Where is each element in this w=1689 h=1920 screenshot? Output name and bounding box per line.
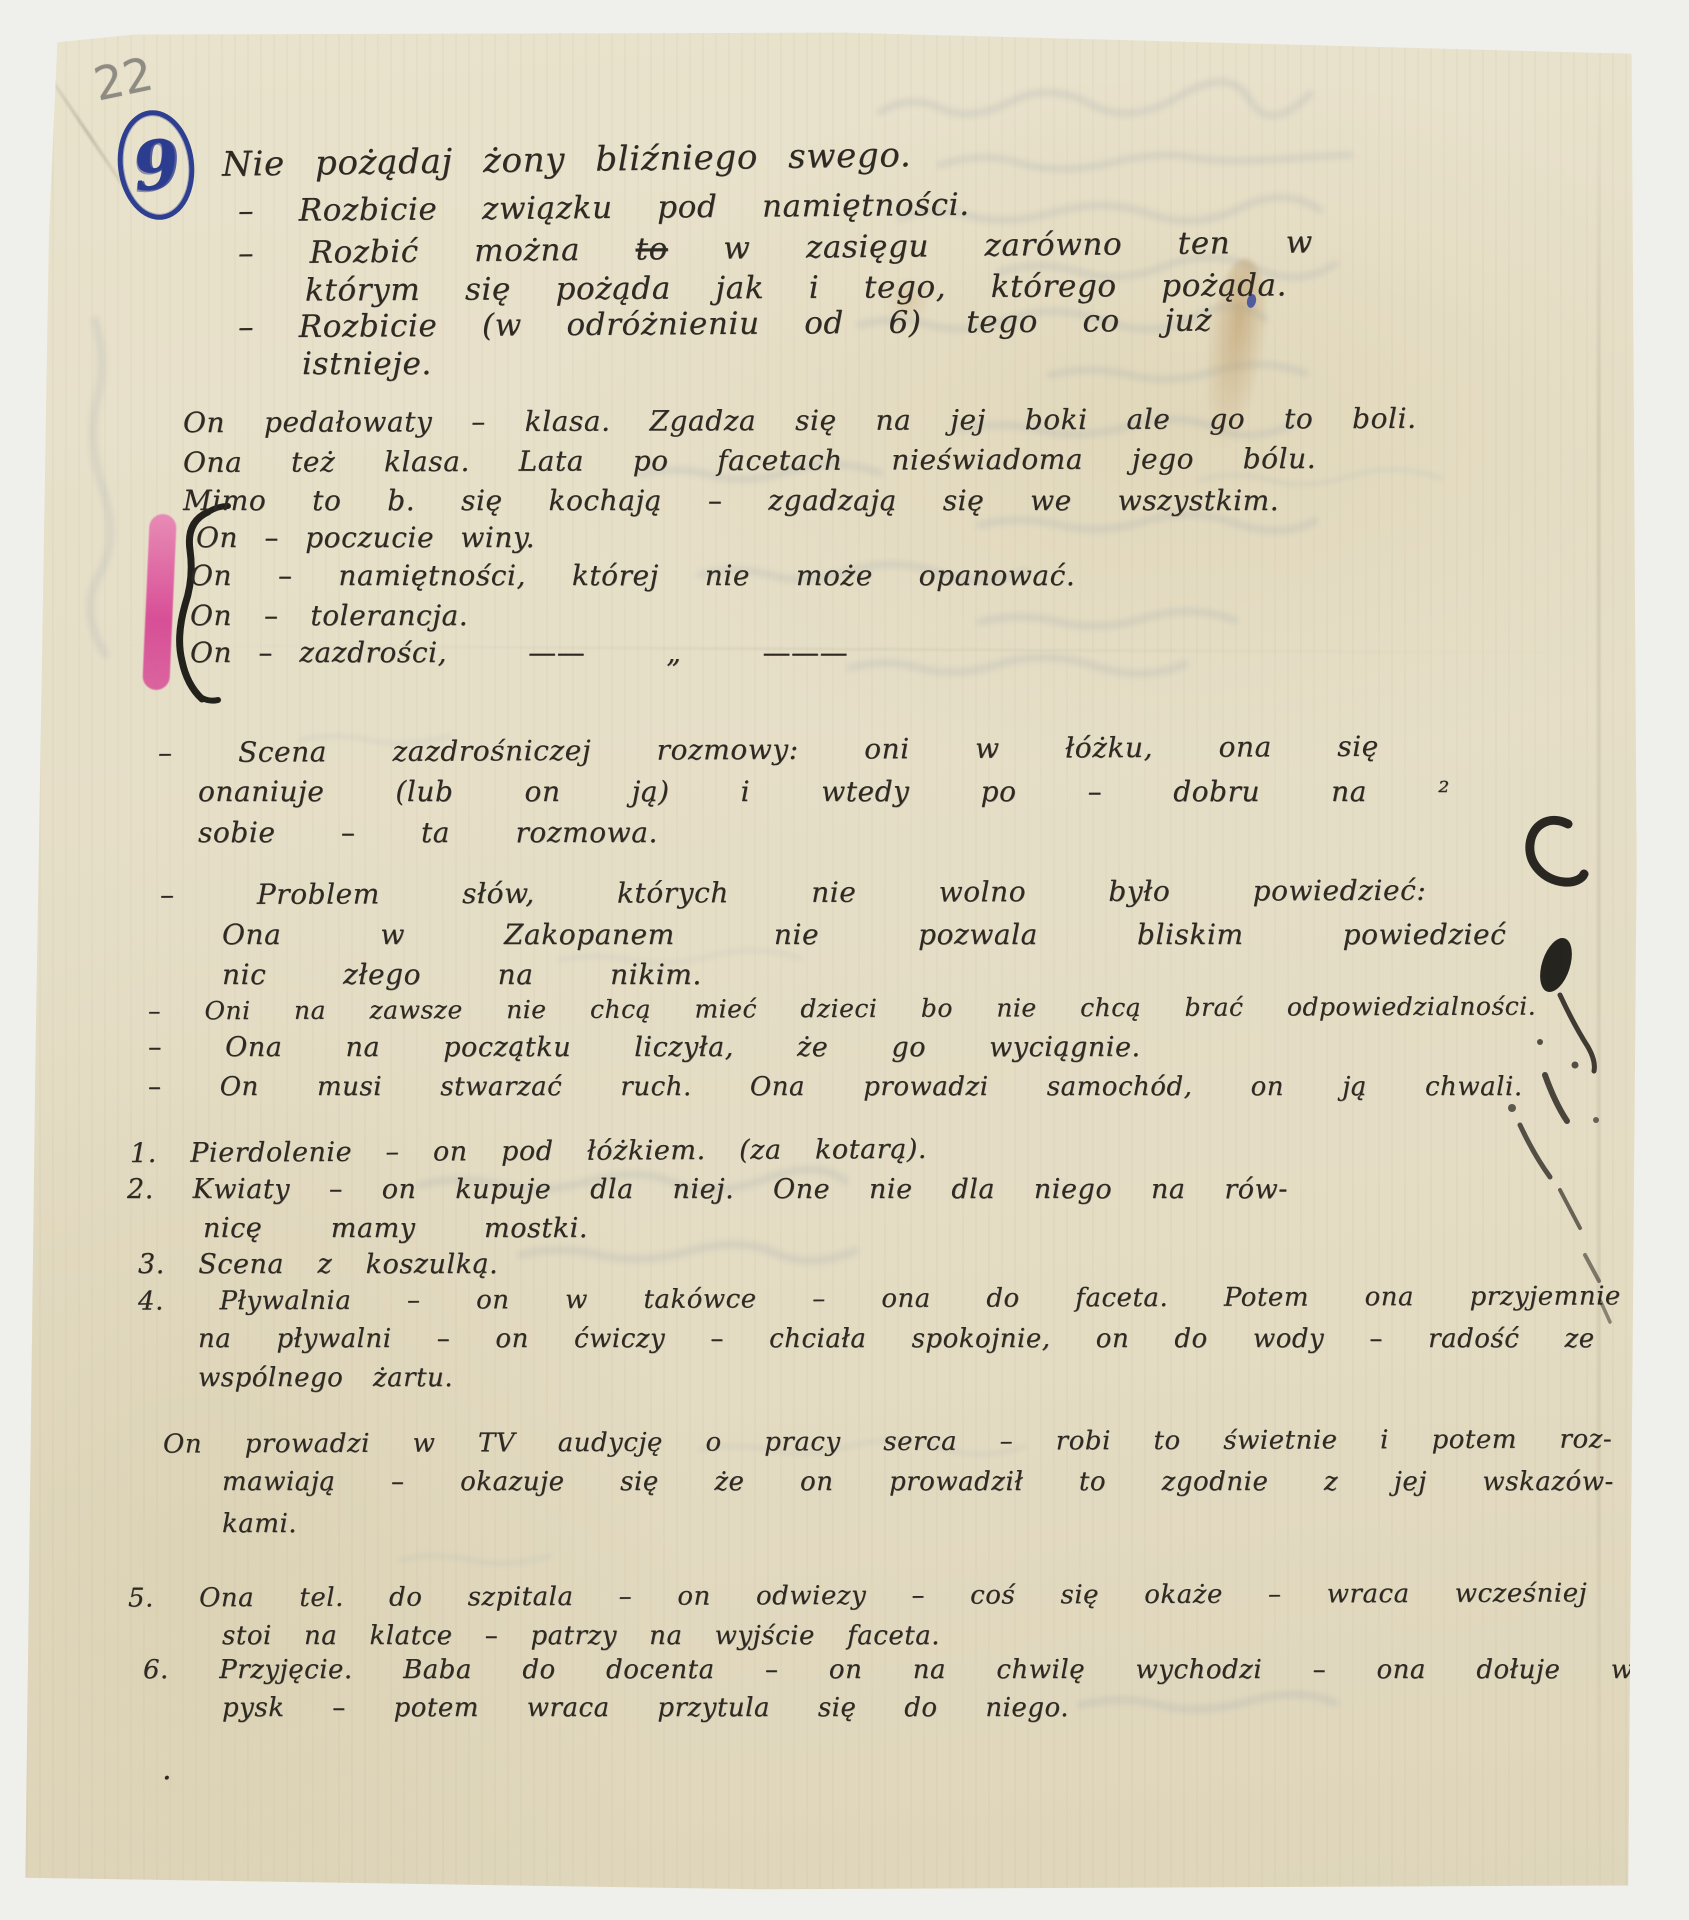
scan-background: { "page": { "pencil_number": "22", "sect… bbox=[0, 0, 1689, 1920]
manuscript-page: 22 9 Nie pożądaj żony bliźniego swego. –… bbox=[0, 0, 1689, 1920]
ink-smudges bbox=[0, 0, 1689, 1920]
